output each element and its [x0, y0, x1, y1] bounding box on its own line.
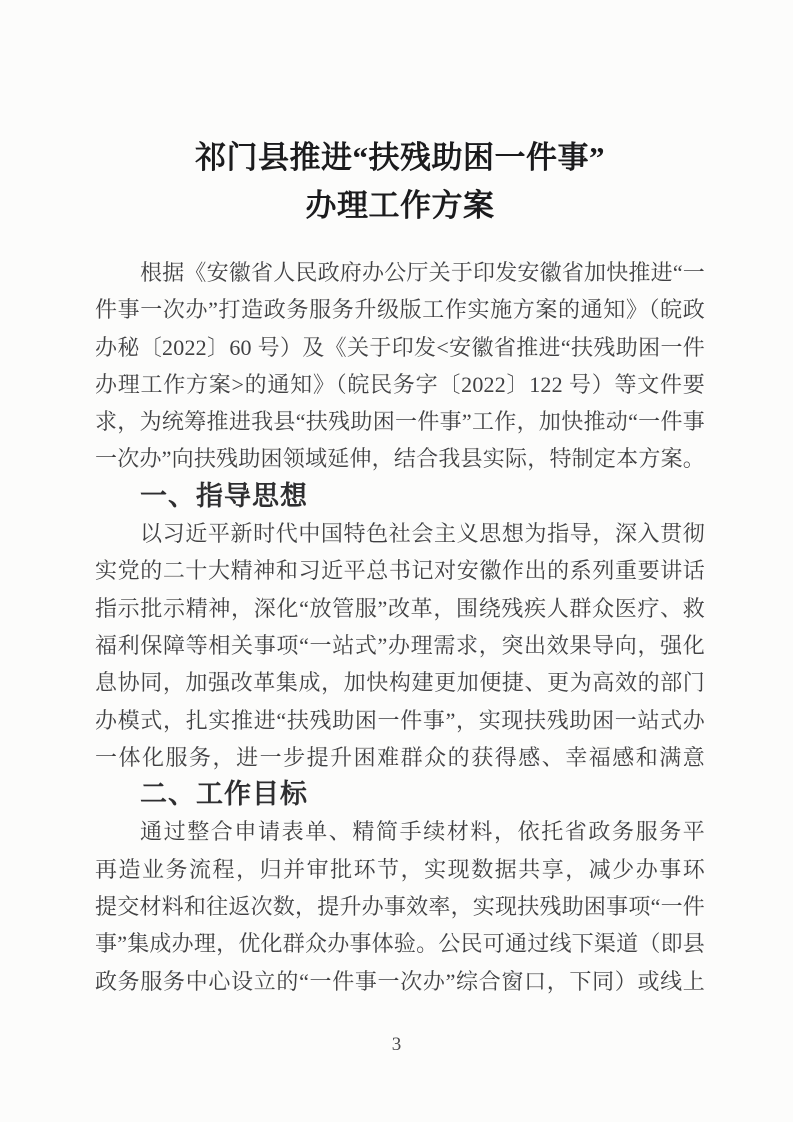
paragraph-line: 办模式，扎实推进“扶残助困一件事”，实现扶残助困一站式办理、: [95, 702, 705, 739]
paragraph-line: 一次办”向扶残助困领域延伸，结合我县实际，特制定本方案。: [95, 440, 705, 477]
title-line-2: 办理工作方案: [95, 182, 705, 230]
paragraph-line: 办理工作方案>的通知》（皖民务字〔2022〕122 号）等文件要: [95, 366, 705, 403]
paragraph-line: 件事一次办”打造政务服务升级版工作实施方案的通知》（皖政: [95, 291, 705, 328]
paragraph-line: 事”集成办理，优化群众办事体验。公民可通过线下渠道（即县: [95, 925, 705, 962]
paragraph-line: 政务服务中心设立的“一件事一次办”综合窗口，下同）或线上渠: [95, 963, 705, 1000]
paragraph-line: 福利保障等相关事项“一站式”办理需求，突出效果导向，强化信: [95, 627, 705, 664]
paragraph-line: 通过整合申请表单、精简手续材料，依托省政务服务平台，: [95, 813, 705, 850]
paragraph-intro: 根据《安徽省人民政府办公厅关于印发安徽省加快推进“一 件事一次办”打造政务服务升…: [95, 254, 705, 478]
paragraph-line: 根据《安徽省人民政府办公厅关于印发安徽省加快推进“一: [95, 254, 705, 291]
paragraph-line: 提交材料和往返次数，提升办事效率，实现扶残助困事项“一件: [95, 888, 705, 925]
paragraph-line: 办秘〔2022〕60 号）及《关于印发<安徽省推进“扶残助困一件事”: [95, 329, 705, 366]
paragraph-line: 实党的二十大精神和习近平总书记对安徽作出的系列重要讲话: [95, 552, 705, 589]
document-text: 根据《安徽省人民政府办公厅关于印发安徽省加快推进“一 件事一次办”打造政务服务升…: [95, 254, 705, 1000]
paragraph-line: 息协同，加强改革集成，加快构建更加便捷、更为高效的部门联: [95, 664, 705, 701]
paragraph-line: 以习近平新时代中国特色社会主义思想为指导，深入贯彻落: [95, 515, 705, 552]
document-body: 祁门县推进“扶残助困一件事” 办理工作方案 根据《安徽省人民政府办公厅关于印发安…: [95, 0, 705, 1000]
paragraph-line: 再造业务流程，归并审批环节，实现数据共享，减少办事环节、: [95, 851, 705, 888]
paragraph-work-goals: 通过整合申请表单、精简手续材料，依托省政务服务平台， 再造业务流程，归并审批环节…: [95, 813, 705, 999]
paragraph-line: 指示批示精神，深化“放管服”改革，围绕残疾人群众医疗、救助、: [95, 590, 705, 627]
page-number: 3: [0, 1034, 793, 1056]
title-line-1: 祁门县推进“扶残助困一件事”: [95, 134, 705, 182]
paragraph-line: 求，为统筹推进我县“扶残助困一件事”工作，加快推动“一件事: [95, 403, 705, 440]
document-page: 祁门县推进“扶残助困一件事” 办理工作方案 根据《安徽省人民政府办公厅关于印发安…: [0, 0, 793, 1122]
paragraph-line: 一体化服务，进一步提升困难群众的获得感、幸福感和满意度。: [95, 739, 705, 776]
document-title: 祁门县推进“扶残助困一件事” 办理工作方案: [95, 134, 705, 230]
paragraph-guiding-ideology: 以习近平新时代中国特色社会主义思想为指导，深入贯彻落 实党的二十大精神和习近平总…: [95, 515, 705, 776]
section-heading-1: 一、指导思想: [95, 478, 705, 515]
section-heading-2: 二、工作目标: [95, 776, 705, 813]
